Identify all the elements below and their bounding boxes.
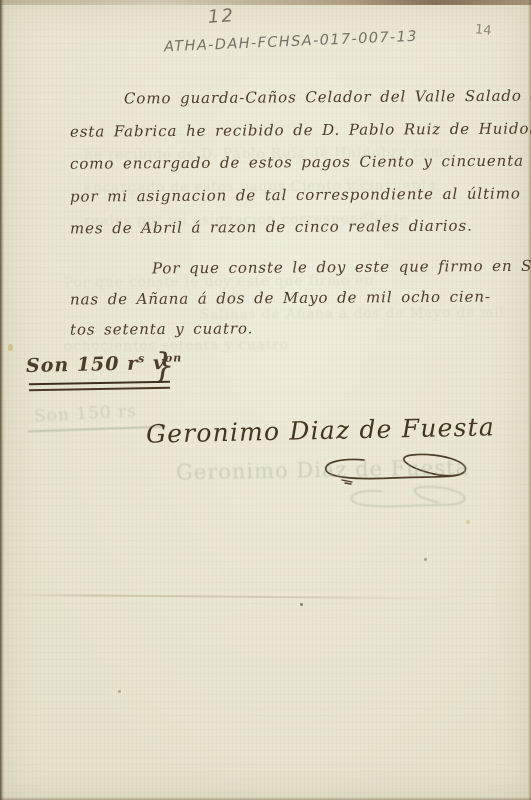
- page-top-edge: [0, 0, 531, 5]
- amount-reales-abbr: r: [127, 353, 138, 375]
- manuscript-line: como encargado de estos pagos Ciento y c…: [70, 151, 531, 173]
- page-binding-edge: [0, 0, 4, 800]
- manuscript-line: Por que conste le doy este que firmo en …: [152, 257, 531, 278]
- manuscript-line: nas de Añana á dos de Mayo de mil ocho c…: [70, 288, 491, 309]
- paper-speck: [118, 690, 121, 693]
- page-number: 12: [207, 5, 235, 28]
- showthrough-rubric: [330, 480, 480, 514]
- manuscript-line: mes de Abril á razon de cinco reales dia…: [70, 217, 473, 238]
- manuscript-line: tos setenta y cuatro.: [70, 319, 253, 338]
- folio-number: 14: [474, 22, 492, 39]
- amount-underline: [29, 381, 170, 391]
- paper-speck: [8, 344, 13, 351]
- paper-speck: [424, 558, 427, 561]
- amount-reales-sup: s: [138, 352, 145, 365]
- manuscript-line: Como guarda-Caños Celador del Valle Sala…: [124, 87, 531, 108]
- signature: Geronimo Diaz de Fuesta: [146, 412, 496, 448]
- paper-crease: [0, 594, 531, 601]
- manuscript-page: he recibido de D. Pablo Ruiz de Huidobro…: [0, 0, 531, 800]
- paper-speck: [466, 520, 470, 524]
- showthrough-amount: Son 150 rs: [34, 401, 138, 426]
- manuscript-line: por mi asignacion de tal correspondiente…: [70, 184, 521, 205]
- archive-reference-code: ATHA-DAH-FCHSA-017-007-13: [164, 29, 418, 56]
- amount-text: Son 150: [26, 353, 120, 377]
- paper-speck: [300, 603, 303, 606]
- manuscript-line: esta Fabrica he recibido de D. Pablo Rui…: [70, 119, 531, 140]
